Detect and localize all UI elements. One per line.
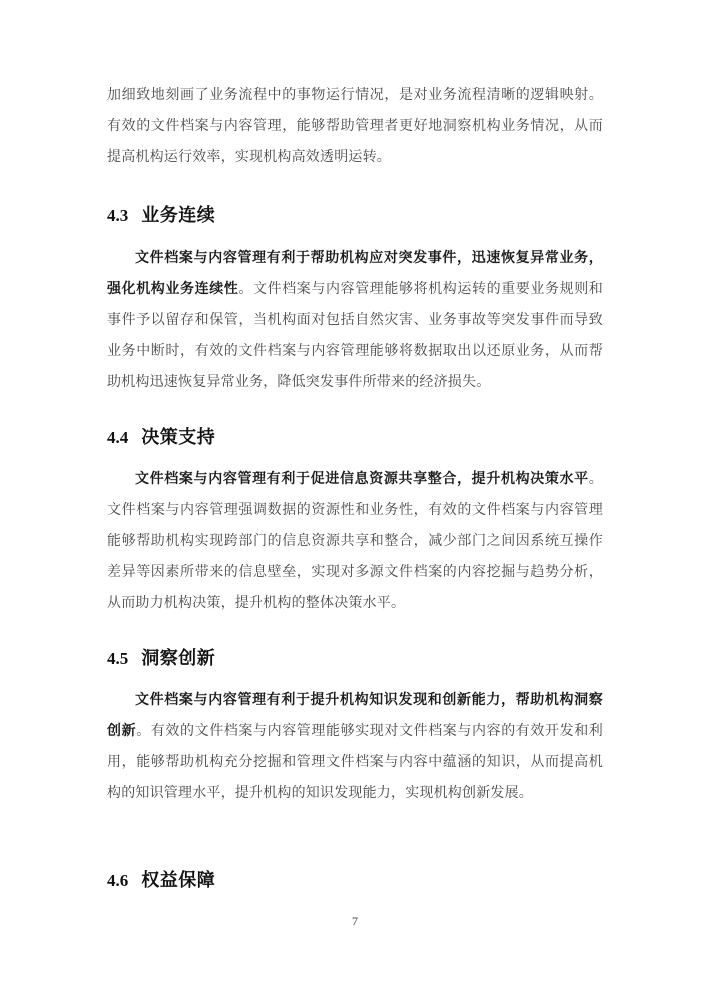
section-heading-4-5: 4.5洞察创新 <box>107 643 603 674</box>
heading-title: 洞察创新 <box>141 648 215 668</box>
heading-title: 决策支持 <box>141 427 215 447</box>
section-paragraph-4-3: 文件档案与内容管理有利于帮助机构应对突发事件，迅速恢复异常业务，强化机构业务连续… <box>107 243 603 398</box>
page-number-footer: 7 <box>0 913 710 929</box>
document-page: 加细致地刻画了业务流程中的事物运行情况，是对业务流程清晰的逻辑映射。有效的文件档… <box>0 0 710 1004</box>
body-text: 。文件档案与内容管理强调数据的资源性和业务性，有效的文件档案与内容管理能够帮助机… <box>107 472 603 611</box>
lead-bold-sentence: 文件档案与内容管理有利于促进信息资源共享整合，提升机构决策水平 <box>135 472 589 487</box>
page-content: 加细致地刻画了业务流程中的事物运行情况，是对业务流程清晰的逻辑映射。有效的文件档… <box>107 0 603 896</box>
section-paragraph-4-4: 文件档案与内容管理有利于促进信息资源共享整合，提升机构决策水平。文件档案与内容管… <box>107 464 603 619</box>
section-heading-4-4: 4.4决策支持 <box>107 422 603 453</box>
heading-number: 4.3 <box>107 206 128 225</box>
section-paragraph-4-5: 文件档案与内容管理有利于提升机构知识发现和创新能力，帮助机构洞察创新。有效的文件… <box>107 685 603 809</box>
section-heading-4-6: 4.6权益保障 <box>107 865 603 896</box>
body-text: 。文件档案与内容管理能够将机构运转的重要业务规则和事件予以留存和保管，当机构面对… <box>107 282 603 390</box>
heading-title: 业务连续 <box>141 205 215 225</box>
section-heading-4-3: 4.3业务连续 <box>107 200 603 231</box>
heading-number: 4.6 <box>107 871 128 890</box>
intro-paragraph: 加细致地刻画了业务流程中的事物运行情况，是对业务流程清晰的逻辑映射。有效的文件档… <box>107 80 603 173</box>
heading-number: 4.5 <box>107 649 128 668</box>
heading-title: 权益保障 <box>141 870 215 890</box>
heading-number: 4.4 <box>107 428 128 447</box>
body-text: 。有效的文件档案与内容管理能够实现对文件档案与内容的有效开发和利用，能够帮助机构… <box>107 724 603 801</box>
